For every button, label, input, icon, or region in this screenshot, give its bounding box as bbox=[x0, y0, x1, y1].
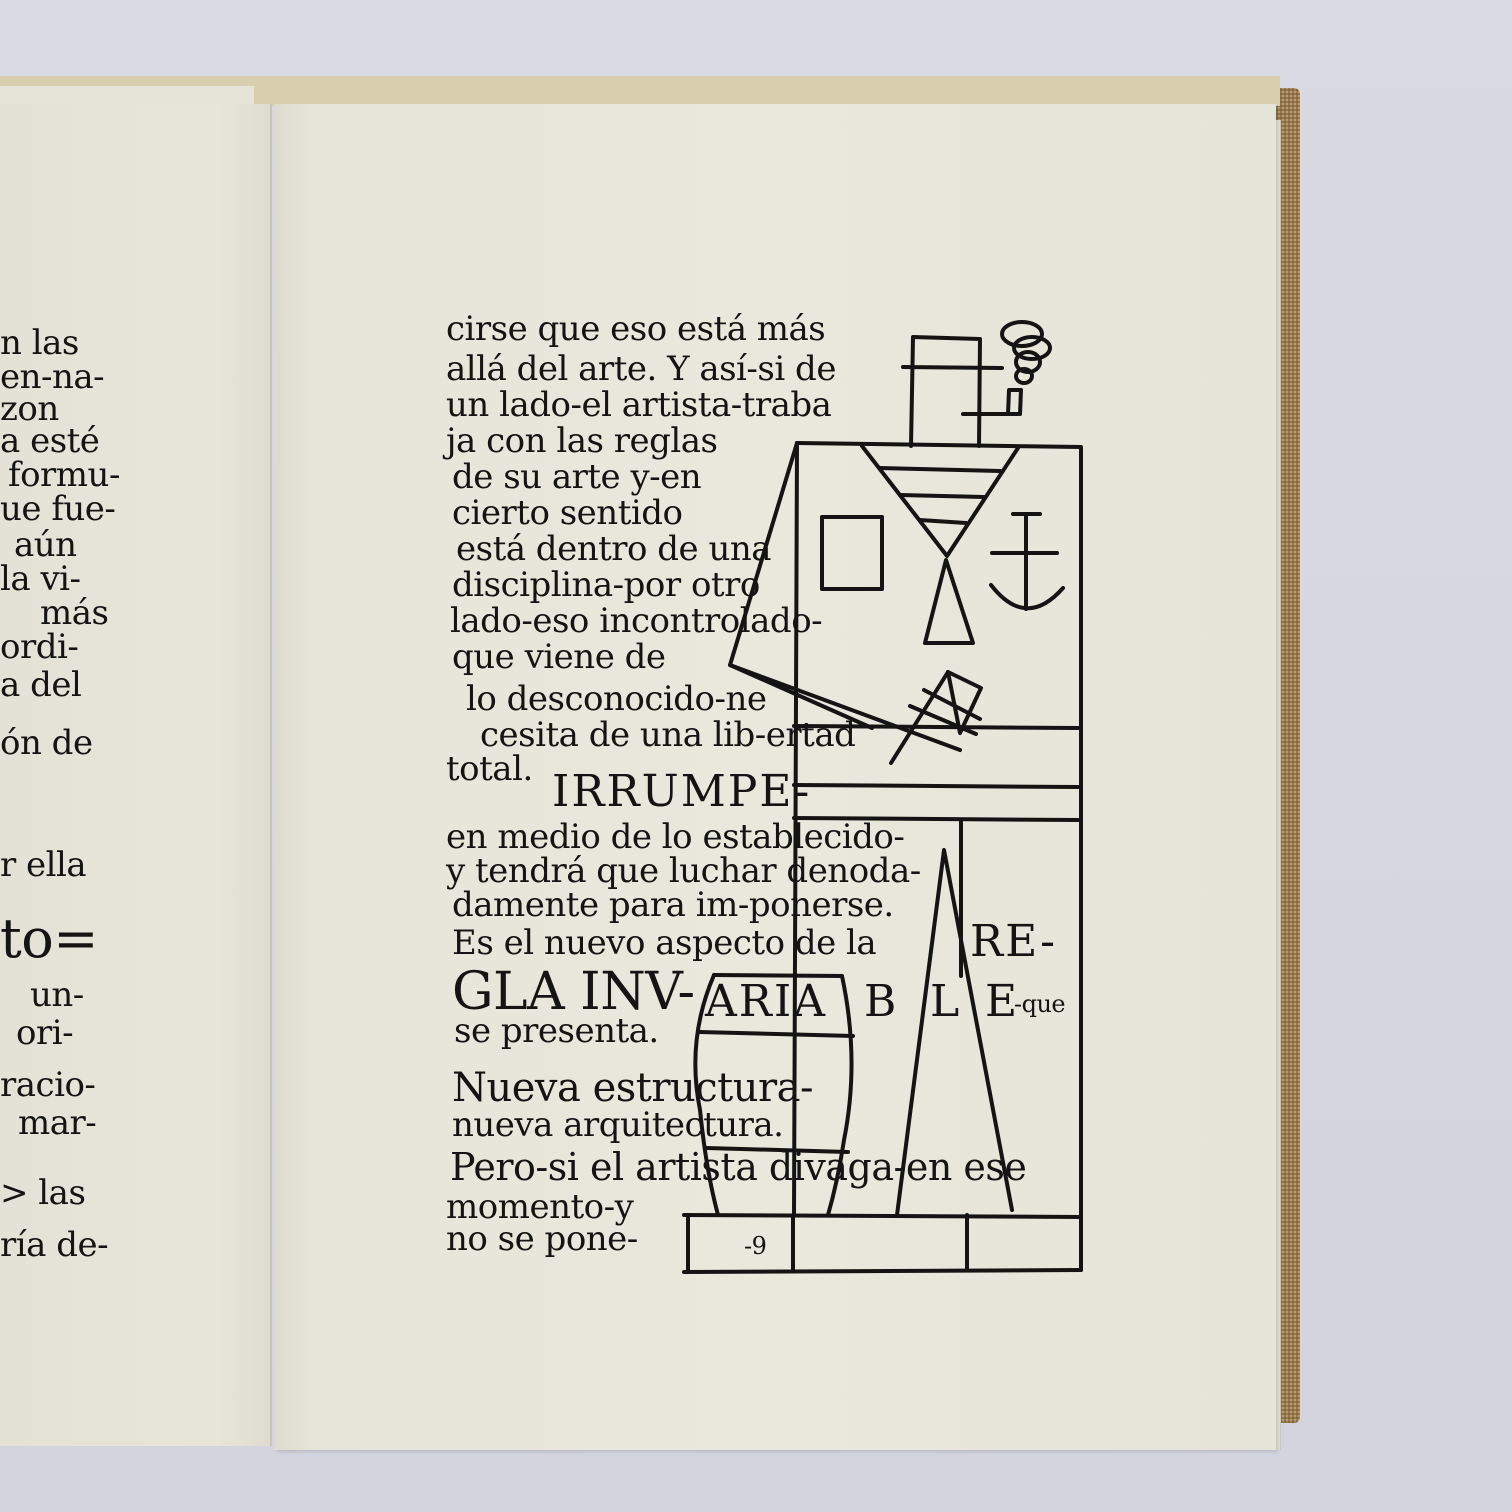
text-line: que viene de bbox=[452, 640, 666, 674]
smoke-icon bbox=[1002, 322, 1050, 383]
text-line-b: B bbox=[864, 980, 898, 1024]
text-line: lado-eso incontrolado- bbox=[450, 604, 822, 638]
text-line: damente para im-ponerse. bbox=[452, 888, 894, 922]
text-line: cesita de una lib-ertad bbox=[480, 718, 855, 752]
text-line-que: -que bbox=[1014, 992, 1065, 1016]
text-line: está dentro de una bbox=[456, 532, 771, 566]
text-line: nueva arquitectura. bbox=[452, 1108, 783, 1142]
text-line-aria: ARIA bbox=[705, 980, 827, 1024]
hourglass-icon bbox=[862, 446, 1018, 643]
text-line: en medio de lo establecido- bbox=[446, 820, 904, 854]
page-number: -9 bbox=[744, 1234, 766, 1258]
chimney-icon bbox=[903, 337, 1021, 446]
text-line: Nueva estructura- bbox=[452, 1068, 813, 1108]
text-line: no se pone- bbox=[446, 1222, 638, 1256]
text-line: de su arte y-en bbox=[452, 460, 701, 494]
text-line: allá del arte. Y así-si de bbox=[446, 352, 836, 386]
text-line: ja con las reglas bbox=[446, 424, 717, 458]
text-line: se presenta. bbox=[454, 1014, 659, 1048]
text-line: total. bbox=[446, 752, 533, 786]
illustration bbox=[0, 0, 1512, 1512]
text-line: Pero-si el artista divaga-en ese bbox=[450, 1148, 1026, 1186]
text-line: lo desconocido-ne bbox=[466, 682, 767, 716]
text-line: y tendrá que luchar denoda- bbox=[446, 854, 921, 888]
text-line: Es el nuevo aspecto de la bbox=[452, 926, 876, 960]
text-line: cirse que eso está más bbox=[446, 312, 825, 346]
text-line: disciplina-por otro bbox=[452, 568, 760, 602]
text-line: un lado-el artista-traba bbox=[446, 388, 831, 422]
text-line-l: L bbox=[930, 980, 961, 1024]
anchor-icon bbox=[991, 514, 1063, 609]
text-line: cierto sentido bbox=[452, 496, 682, 530]
text-line-regla-1: RE- bbox=[970, 920, 1057, 964]
flag-icon bbox=[891, 672, 981, 763]
window-icon bbox=[822, 517, 882, 589]
text-line-irrumpe: IRRUMPE- bbox=[552, 770, 811, 814]
